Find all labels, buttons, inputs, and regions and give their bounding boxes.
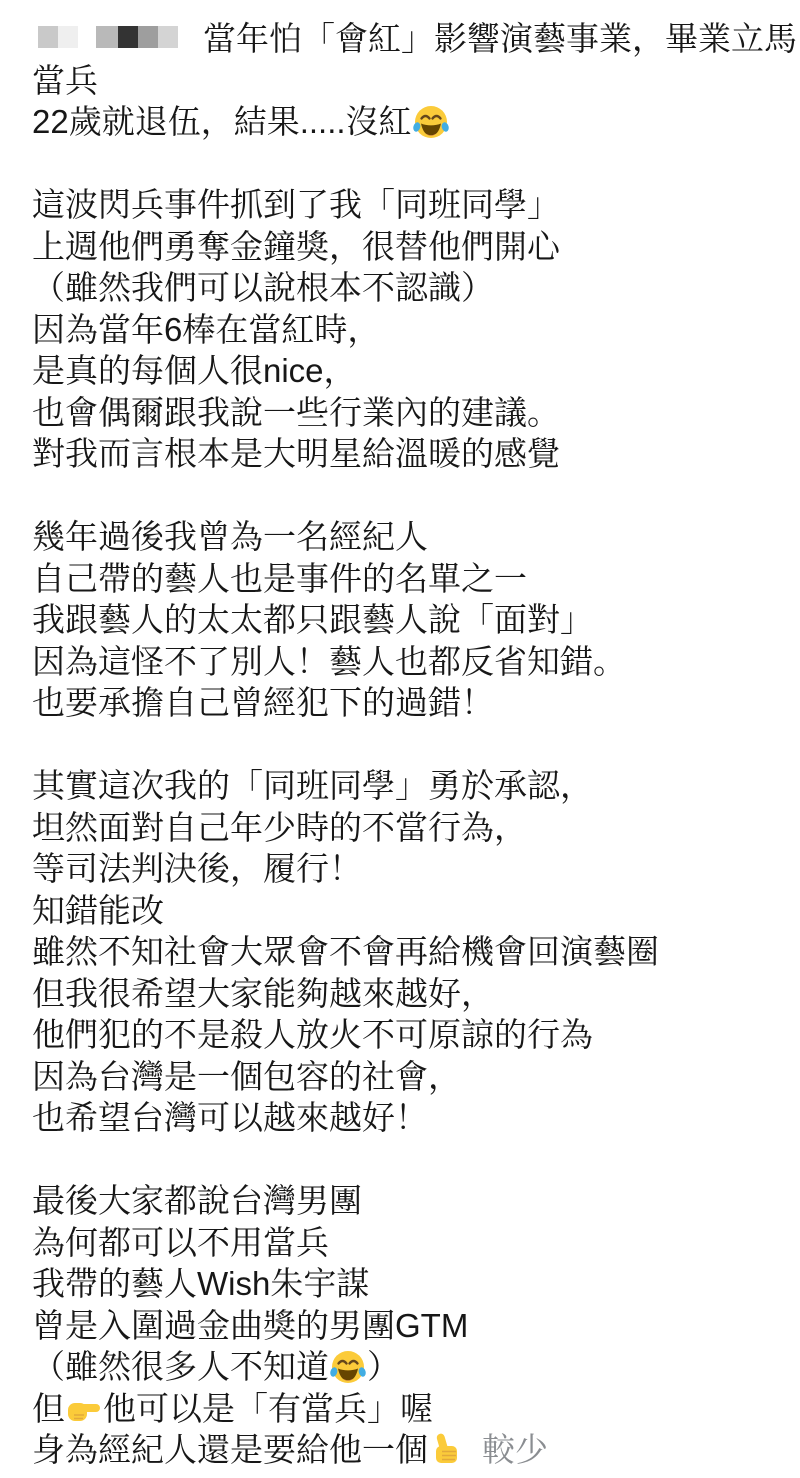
text-line: 為何都可以不用當兵 xyxy=(32,1222,796,1264)
pointing-right-emoji xyxy=(66,1391,102,1427)
line-text: 也會偶爾跟我說一些行業內的建議。 xyxy=(32,394,560,431)
text-line: 因為當年6棒在當紅時， xyxy=(32,309,796,351)
paragraph-break xyxy=(32,143,796,185)
text-line: 22歲就退伍，結果.....沒紅 xyxy=(32,101,796,143)
line-text: 等司法判決後，履行！ xyxy=(32,850,362,887)
redaction-block xyxy=(138,26,158,48)
redaction-block xyxy=(38,26,58,48)
line-text: 自己帶的藝人也是事件的名單之一 xyxy=(32,560,527,597)
text-line: 是真的每個人很nice， xyxy=(32,350,796,392)
text-line: 最後大家都說台灣男團 xyxy=(32,1180,796,1222)
line-text: 其實這次我的「同班同學」勇於承認， xyxy=(32,767,593,804)
redaction-block xyxy=(96,26,118,48)
line-text: 但我很希望大家能夠越來越好， xyxy=(32,975,494,1012)
line-text: 他們犯的不是殺人放火不可原諒的行為 xyxy=(32,1016,593,1053)
paragraph-break xyxy=(32,1139,796,1181)
line-text: 因為這怪不了別人！藝人也都反省知錯。 xyxy=(32,643,626,680)
text-line: 也會偶爾跟我說一些行業內的建議。 xyxy=(32,392,796,434)
text-line: 對我而言根本是大明星給溫暖的感覺 xyxy=(32,433,796,475)
text-line: 當年怕「會紅」影響演藝事業，畢業立馬 xyxy=(32,18,796,60)
line-text: 也要承擔自己曾經犯下的過錯！ xyxy=(32,684,494,721)
line-text: 是真的每個人很nice， xyxy=(32,352,357,389)
text-line: 我帶的藝人Wish朱宇謀 xyxy=(32,1263,796,1305)
line-text: 因為當年6棒在當紅時， xyxy=(32,311,380,348)
line-text: 坦然面對自己年少時的不當行為， xyxy=(32,809,527,846)
line-text: 當年怕「會紅」影響演藝事業，畢業立馬 xyxy=(203,20,797,57)
text-line: 身為經紀人還是要給他一個較少 xyxy=(32,1429,796,1471)
line-text: 因為台灣是一個包容的社會， xyxy=(32,1058,461,1095)
text-line: 但他可以是「有當兵」喔 xyxy=(32,1388,796,1430)
line-text: 對我而言根本是大明星給溫暖的感覺 xyxy=(32,435,560,472)
joy-emoji xyxy=(413,104,449,140)
redaction-block xyxy=(158,26,178,48)
line-text: ） xyxy=(367,1348,400,1385)
line-text: （雖然我們可以說根本不認識） xyxy=(32,269,494,306)
line-text: 也希望台灣可以越來越好！ xyxy=(32,1099,428,1136)
text-line: 這波閃兵事件抓到了我「同班同學」 xyxy=(32,184,796,226)
redaction-block xyxy=(58,26,78,48)
paragraph-break xyxy=(32,475,796,517)
see-less-link[interactable]: 較少 xyxy=(482,1431,548,1468)
line-text: 22歲就退伍，結果.....沒紅 xyxy=(32,103,412,140)
text-line: （雖然我們可以說根本不認識） xyxy=(32,267,796,309)
text-line: （雖然很多人不知道） xyxy=(32,1346,796,1388)
text-line: 坦然面對自己年少時的不當行為， xyxy=(32,807,796,849)
redaction-block xyxy=(118,26,138,48)
text-line: 知錯能改 xyxy=(32,890,796,932)
line-text: 但 xyxy=(32,1390,65,1427)
text-line: 曾是入圍過金曲獎的男團GTM xyxy=(32,1305,796,1347)
line-text: 這波閃兵事件抓到了我「同班同學」 xyxy=(32,186,560,223)
text-line: 幾年過後我曾為一名經紀人 xyxy=(32,516,796,558)
line-text: 我帶的藝人Wish朱宇謀 xyxy=(32,1265,369,1302)
text-line: 當兵 xyxy=(32,60,796,102)
line-text: 知錯能改 xyxy=(32,892,164,929)
text-line: 自己帶的藝人也是事件的名單之一 xyxy=(32,558,796,600)
line-text: 為何都可以不用當兵 xyxy=(32,1224,329,1261)
line-text: 身為經紀人還是要給他一個 xyxy=(32,1431,428,1468)
line-text: 雖然不知社會大眾會不會再給機會回演藝圈 xyxy=(32,933,659,970)
redacted-author-name xyxy=(38,26,178,48)
text-line: 等司法判決後，履行！ xyxy=(32,848,796,890)
post-text: 當年怕「會紅」影響演藝事業，畢業立馬 當兵 22歲就退伍，結果.....沒紅 這… xyxy=(0,0,800,1471)
line-text: 曾是入圍過金曲獎的男團GTM xyxy=(32,1307,468,1344)
line-text: 上週他們勇奪金鐘獎，很替他們開心 xyxy=(32,228,560,265)
line-text: 最後大家都說台灣男團 xyxy=(32,1182,362,1219)
text-line: 他們犯的不是殺人放火不可原諒的行為 xyxy=(32,1014,796,1056)
line-text: 幾年過後我曾為一名經紀人 xyxy=(32,518,428,555)
thumbs-up-emoji xyxy=(429,1432,465,1468)
text-line: 其實這次我的「同班同學」勇於承認， xyxy=(32,765,796,807)
text-line: 因為台灣是一個包容的社會， xyxy=(32,1056,796,1098)
line-text: 我跟藝人的太太都只跟藝人說「面對」 xyxy=(32,601,593,638)
text-line: 雖然不知社會大眾會不會再給機會回演藝圈 xyxy=(32,931,796,973)
text-line: 上週他們勇奪金鐘獎，很替他們開心 xyxy=(32,226,796,268)
text-line: 但我很希望大家能夠越來越好， xyxy=(32,973,796,1015)
text-line: 因為這怪不了別人！藝人也都反省知錯。 xyxy=(32,641,796,683)
line-text: 他可以是「有當兵」喔 xyxy=(103,1390,433,1427)
line-text: 當兵 xyxy=(32,62,98,99)
text-line: 也要承擔自己曾經犯下的過錯！ xyxy=(32,682,796,724)
paragraph-break xyxy=(32,724,796,766)
line-text: （雖然很多人不知道 xyxy=(32,1348,329,1385)
joy-emoji xyxy=(330,1349,366,1385)
text-line: 我跟藝人的太太都只跟藝人說「面對」 xyxy=(32,599,796,641)
text-line: 也希望台灣可以越來越好！ xyxy=(32,1097,796,1139)
